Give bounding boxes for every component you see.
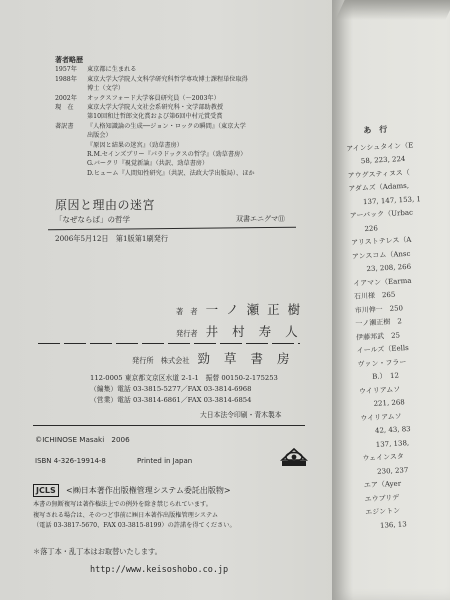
copy-notice: 本書の無断複写は著作権法上での例外を除き禁じられています。 複写される場合は、そ…	[33, 500, 236, 532]
bio-entry: 出版会）	[55, 131, 335, 140]
bio-entry: G.バークリ『視覚新論』（共訳、勁草書房）	[55, 159, 335, 168]
author-biography: 著者略歴 1957年東京都に生まれる 1988年東京大学大学院人文科学研究科哲学…	[55, 55, 335, 178]
publisher-url: http://www.keisoshobo.co.jp	[90, 565, 228, 575]
publisher-person-credit: 発行者 井村寿人	[176, 322, 312, 340]
isbn: ISBN 4-326-19914-8	[35, 457, 106, 465]
publisher-label: 発行所 株式会社	[132, 356, 190, 366]
publisher-credit: 発行所 株式会社 勁草書房	[132, 349, 304, 367]
author-label: 著 者	[176, 307, 198, 317]
divider-rule	[48, 227, 296, 231]
editorial-phone: （編集）電話 03-3815-5277／FAX 03-3814-6968	[90, 384, 330, 395]
bio-entry: 『原因と結果の迷宮』（勁草書房）	[55, 141, 335, 150]
bio-entry: 現 在東京大学大学院人文社会系研究科・文学部助教授	[55, 103, 335, 112]
book-title: 原因と理由の迷宮	[55, 196, 155, 213]
bio-entry: 著訳書『人格知識論の生成──ジョン・ロックの瞬間』（東京大学	[55, 122, 335, 131]
replacement-notice: ＊落丁本・乱丁本はお取替いたします。	[33, 547, 162, 557]
publication-date: 2006年5月12日 第1版第1刷発行	[55, 234, 168, 244]
publisher-logo-icon	[280, 446, 308, 468]
author-credit: 著 者 一ノ瀬正樹	[176, 300, 308, 318]
index-heading: あ 行	[363, 121, 418, 137]
bio-entry: 2002年オックスフォード大学客員研究員（～2003年）	[55, 94, 335, 103]
author-name: 一ノ瀬正樹	[206, 300, 309, 318]
bio-entry: R.M.セインズブリー『パラドックスの哲学』（勁草書房）	[55, 150, 335, 159]
shadow	[335, 0, 450, 20]
printed-in: Printed in Japan	[137, 457, 192, 465]
dashed-divider	[38, 343, 300, 344]
biography-title: 著者略歴	[55, 55, 335, 64]
copyright-notice: ©ICHINOSE Masaki 2006	[35, 435, 130, 445]
printer-binder: 大日本法令印刷・青木製本	[200, 409, 282, 419]
book-subtitle: 「なぜならば」の哲学	[55, 214, 130, 225]
address-line: 112-0005 東京都文京区水道 2-1-1 振替 00150-2-17525…	[90, 373, 330, 384]
bio-entry: 博士（文学）	[55, 84, 335, 93]
series-name: 双書エニグマ⑪	[236, 214, 285, 224]
colophon-page: 著者略歴 1957年東京都に生まれる 1988年東京大学大学院人文科学研究科哲学…	[0, 0, 352, 600]
bio-entry: 1988年東京大学大学院人文科学研究科哲学専攻博士課程単位取得	[55, 75, 335, 84]
publisher-address: 112-0005 東京都文京区水道 2-1-1 振替 00150-2-17525…	[90, 373, 330, 407]
publisher-person-name: 井村寿人	[206, 322, 312, 340]
sales-phone: （営業）電話 03-3814-6861／FAX 03-3814-6854	[90, 395, 330, 406]
publisher-name: 勁草書房	[198, 349, 304, 367]
divider-rule	[33, 425, 305, 426]
bio-entry: D.ヒューム『人間知性研究』（共訳、法政大学出版局）、ほか	[55, 169, 335, 178]
bio-entry: 1957年東京都に生まれる	[55, 65, 335, 74]
jcls-badge: JCLS	[33, 484, 59, 497]
bio-entry: 第10回和辻哲郎文化賞および第6回中村元賞受賞	[55, 112, 335, 121]
jcls-title: <㈱日本著作出版権管理システム委託出版物>	[66, 485, 231, 496]
publisher-person-label: 発行者	[176, 329, 198, 339]
